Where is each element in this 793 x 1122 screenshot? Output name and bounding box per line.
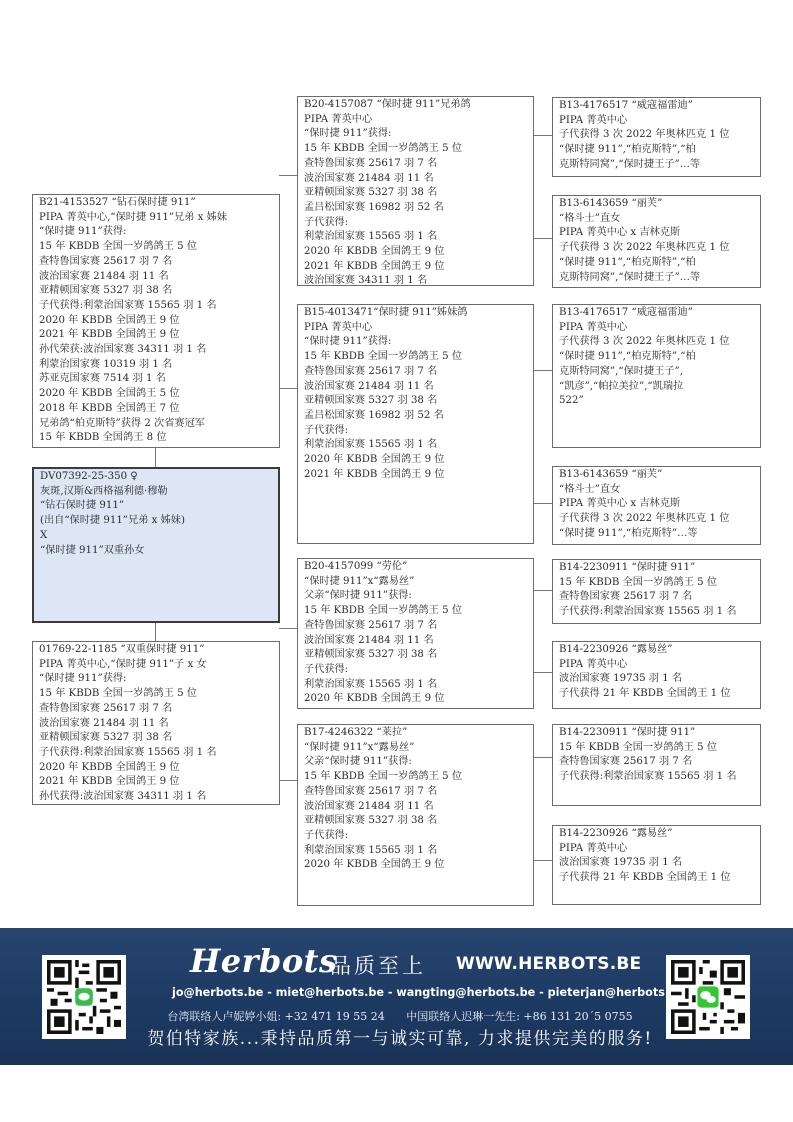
pedigree-line: (出自“保时捷 911”兄弟 x 姊妹) xyxy=(40,514,278,529)
pedigree-line: 15 年 KBDB 全国一岁鸽鸽王 5 位 xyxy=(559,576,760,591)
pedigree-line: 亚精顿国家赛 5327 羽 38 名 xyxy=(304,186,533,201)
pedigree-grandparent-card: B15-4013471“保时捷 911”姊妹鸽 PIPA 菁英中心 “保时捷 9… xyxy=(297,304,534,544)
pedigree-line: 子代获得 3 次 2022 年奥林匹克 1 位 xyxy=(559,512,760,527)
pedigree-line: 孟吕松国家赛 16982 羽 52 名 xyxy=(304,201,533,216)
pedigree-line: 查特鲁国家赛 25617 羽 7 名 xyxy=(304,157,533,172)
herbots-logo: Herbots xyxy=(190,942,337,980)
pedigree-line: 查特鲁国家赛 25617 羽 7 名 xyxy=(304,365,533,380)
pedigree-line: 利蒙治国家赛 15565 羽 1 名 xyxy=(304,438,533,453)
connector-line xyxy=(279,628,297,629)
pedigree-line: PIPA 菁英中心 xyxy=(304,321,533,336)
pedigree-line: PIPA 菁英中心,“保时捷 911”兄弟 x 姊妹 xyxy=(39,211,279,226)
ring-number: B14-2230911 “保时捷 911” xyxy=(559,561,760,576)
connector-line xyxy=(533,860,553,861)
pedigree-line: 子代获得:利蒙治国家赛 15565 羽 1 名 xyxy=(559,605,760,620)
pedigree-line: 15 年 KBDB 全国一岁鸽鸽王 5 位 xyxy=(304,604,533,619)
pedigree-line: 兄弟鸽“柏克斯特”获得 2 次省赛冠军 xyxy=(39,417,279,432)
pedigree-line: PIPA 菁英中心 xyxy=(559,658,760,673)
pedigree-line: 亚精顿国家赛 5327 羽 38 名 xyxy=(39,284,279,299)
pedigree-great-grandparent-card: B13-6143659 “丽芙” “格斗士”直女 PIPA 菁英中心 x 吉林克… xyxy=(552,466,761,545)
ring-number: DV07392-25-350 ♀ xyxy=(40,470,278,485)
pedigree-line: 孟吕松国家赛 16982 羽 52 名 xyxy=(304,409,533,424)
pedigree-line: 克斯特同窝”,“保时捷王子”, xyxy=(559,365,760,380)
pedigree-line: “保时捷 911”,“柏克斯特”,“柏 xyxy=(559,256,760,271)
pedigree-grandparent-card: B17-4246322 “莱拉” “保时捷 911”x“露易丝” 父亲“保时捷 … xyxy=(297,724,534,906)
pedigree-line: 波治国家赛 19735 羽 1 名 xyxy=(559,856,760,871)
pedigree-line: PIPA 菁英中心,“保时捷 911”子 x 女 xyxy=(39,658,279,673)
pedigree-line: 2020 年 KBDB 全国鸽王 5 位 xyxy=(39,387,279,402)
ring-number: B14-2230926 “露易丝” xyxy=(559,827,760,842)
pedigree-line: PIPA 菁英中心 x 吉林克斯 xyxy=(559,497,760,512)
ring-number: B13-4176517 “威寇福雷迪” xyxy=(559,99,760,114)
contact-china: 中国联络人迟琳一先生: +86 131 20´5 0755 xyxy=(406,1010,632,1023)
motto: 贺伯特家族...秉持品质第一与诚实可靠, 力求提供完美的服务! xyxy=(140,1024,660,1049)
connector-line xyxy=(533,238,553,239)
line-qr-code[interactable] xyxy=(42,955,126,1039)
brand-row: Herbots 品质至上 WWW.HERBOTS.BE xyxy=(190,946,620,986)
pedigree-line: 子代获得: xyxy=(304,216,533,231)
pedigree-line: 子代获得: xyxy=(304,829,533,844)
pedigree-line: 利蒙治国家赛 15565 羽 1 名 xyxy=(304,678,533,693)
connector-line xyxy=(533,672,553,673)
pedigree-line: 孙代荣获:波治国家赛 34311 羽 1 名 xyxy=(39,343,279,358)
pedigree-line: 子代获得 3 次 2022 年奥林匹克 1 位 xyxy=(559,335,760,350)
pedigree-line: 波治国家赛 21484 羽 11 名 xyxy=(304,172,533,187)
pedigree-great-grandparent-card: B14-2230926 “露易丝” PIPA 菁英中心 波治国家赛 19735 … xyxy=(552,825,761,905)
pedigree-line: “钻石保时捷 911” xyxy=(40,499,278,514)
pedigree-line: 波治国家赛 19735 羽 1 名 xyxy=(559,672,760,687)
pedigree-line: 子代获得 21 年 KBDB 全国鸽王 1 位 xyxy=(559,687,760,702)
ring-number: B13-6143659 “丽芙” xyxy=(559,197,760,212)
connector-line xyxy=(155,622,156,642)
pedigree-line: “保时捷 911”获得: xyxy=(304,335,533,350)
pedigree-line: 查特鲁国家赛 25617 羽 7 名 xyxy=(39,702,279,717)
pedigree-line: 2018 年 KBDB 全国鸽王 7 位 xyxy=(39,402,279,417)
pedigree-line: 查特鲁国家赛 25617 羽 7 名 xyxy=(559,755,760,770)
connector-line xyxy=(279,175,297,176)
pedigree-line: 15 年 KBDB 全国一岁鸽鸽王 5 位 xyxy=(39,687,279,702)
slogan: 品质至上 xyxy=(330,950,426,980)
pedigree-line: PIPA 菁英中心 xyxy=(559,842,760,857)
pedigree-line: “保时捷 911”,“柏克斯特”,“柏 xyxy=(559,350,760,365)
pedigree-line: 查特鲁国家赛 25617 羽 7 名 xyxy=(304,785,533,800)
pedigree-line: PIPA 菁英中心 x 吉林克斯 xyxy=(559,226,760,241)
pedigree-line: 利蒙治国家赛 10319 羽 1 名 xyxy=(39,358,279,373)
pedigree-dam-card: 01769-22-1185 “双重保时捷 911” PIPA 菁英中心,“保时捷… xyxy=(32,641,280,805)
connector-line xyxy=(533,590,553,591)
pedigree-line: 2020 年 KBDB 全国鸽王 9 位 xyxy=(304,858,533,873)
pedigree-line: 克斯特同窝”,“保时捷王子”…等 xyxy=(559,271,760,286)
pedigree-line: “保时捷 911”x“露易丝” xyxy=(304,741,533,756)
pedigree-line: 2021 年 KBDB 全国鸽王 9 位 xyxy=(39,775,279,790)
pedigree-line: “凯彦”,“帕拉美拉”,“凯瑞拉 xyxy=(559,380,760,395)
pedigree-line: “保时捷 911”获得: xyxy=(39,225,279,240)
email-list[interactable]: jo@herbots.be - miet@herbots.be - wangti… xyxy=(172,986,632,999)
pedigree-grandparent-card: B20-4157087 “保时捷 911”兄弟鸽 PIPA 菁英中心 “保时捷 … xyxy=(297,96,534,286)
pedigree-line: 15 年 KBDB 全国一岁鸽鸽王 5 位 xyxy=(304,142,533,157)
ring-number: B20-4157087 “保时捷 911”兄弟鸽 xyxy=(304,98,533,113)
pedigree-line: 子代获得:利蒙治国家赛 15565 羽 1 名 xyxy=(559,770,760,785)
ring-number: B13-6143659 “丽芙” xyxy=(559,468,760,483)
pedigree-line: “保时捷 911”获得: xyxy=(304,127,533,142)
pedigree-line: 查特鲁国家赛 25617 羽 7 名 xyxy=(559,590,760,605)
pedigree-line: 2020 年 KBDB 全国鸽王 9 位 xyxy=(39,314,279,329)
ring-number: B17-4246322 “莱拉” xyxy=(304,726,533,741)
pedigree-great-grandparent-card: B13-4176517 “威寇福雷迪” PIPA 菁英中心 子代获得 3 次 2… xyxy=(552,97,761,177)
pedigree-line: 15 年 KBDB 全国一岁鸽鸽王 5 位 xyxy=(304,350,533,365)
contact-taiwan: 台湾联络人卢妮婷小姐: +32 471 19 55 24 xyxy=(167,1010,384,1023)
pedigree-line: 15 年 KBDB 全国鸽王 8 位 xyxy=(39,431,279,446)
pedigree-line: PIPA 菁英中心 xyxy=(559,114,760,129)
connector-line xyxy=(155,447,156,467)
pedigree-line: 2020 年 KBDB 全国鸽王 9 位 xyxy=(304,245,533,260)
pedigree-grandparent-card: B20-4157099 “劳伦” “保时捷 911”x“露易丝” 父亲“保时捷 … xyxy=(297,558,534,709)
pedigree-line: 亚精顿国家赛 5327 羽 38 名 xyxy=(304,648,533,663)
connector-line xyxy=(279,780,297,781)
ring-number: B13-4176517 “威寇福雷迪” xyxy=(559,306,760,321)
connector-line xyxy=(533,135,553,136)
ring-number: B20-4157099 “劳伦” xyxy=(304,560,533,575)
wechat-qr-code[interactable] xyxy=(666,955,750,1039)
ring-number: B15-4013471“保时捷 911”姊妹鸽 xyxy=(304,306,533,321)
pedigree-line: 波治国家赛 21484 羽 11 名 xyxy=(39,717,279,732)
pedigree-line: 波治国家赛 21484 羽 11 名 xyxy=(39,270,279,285)
pedigree-great-grandparent-card: B13-6143659 “丽芙” “格斗士”直女 PIPA 菁英中心 x 吉林克… xyxy=(552,195,761,288)
ring-number: 01769-22-1185 “双重保时捷 911” xyxy=(39,643,279,658)
website-link[interactable]: WWW.HERBOTS.BE xyxy=(456,954,641,974)
pedigree-line: 亚精顿国家赛 5327 羽 38 名 xyxy=(304,814,533,829)
pedigree-line: 波治国家赛 21484 羽 11 名 xyxy=(304,380,533,395)
pedigree-line: 2021 年 KBDB 全国鸽王 9 位 xyxy=(304,468,533,483)
connector-line xyxy=(533,757,553,758)
pedigree-line: 2020 年 KBDB 全国鸽王 9 位 xyxy=(39,761,279,776)
ring-number: B21-4153527 “钻石保时捷 911” xyxy=(39,196,279,211)
footer-banner: Herbots 品质至上 WWW.HERBOTS.BE jo@herbots.b… xyxy=(0,928,793,1065)
pedigree-line: 2020 年 KBDB 全国鸽王 9 位 xyxy=(304,453,533,468)
pedigree-line: “格斗士”直女 xyxy=(559,483,760,498)
pedigree-line: 利蒙治国家赛 15565 羽 1 名 xyxy=(304,230,533,245)
contact-row: 台湾联络人卢妮婷小姐: +32 471 19 55 24 中国联络人迟琳一先生:… xyxy=(145,1008,655,1024)
pedigree-line: 15 年 KBDB 全国一岁鸽鸽王 5 位 xyxy=(39,240,279,255)
pedigree-line: 查特鲁国家赛 25617 羽 7 名 xyxy=(39,255,279,270)
connector-line xyxy=(533,370,553,371)
pedigree-line: 孙代获得:波治国家赛 34311 羽 1 名 xyxy=(39,790,279,805)
pedigree-line: “保时捷 911”获得: xyxy=(39,672,279,687)
qr-code-icon xyxy=(47,960,121,1034)
pedigree-line: “格斗士”直女 xyxy=(559,212,760,227)
pedigree-line: 子代获得:利蒙治国家赛 15565 羽 1 名 xyxy=(39,746,279,761)
pedigree-line: 子代获得 3 次 2022 年奥林匹克 1 位 xyxy=(559,241,760,256)
pedigree-line: PIPA 菁英中心 xyxy=(304,113,533,128)
pedigree-line: 波治国家赛 21484 羽 11 名 xyxy=(304,800,533,815)
pedigree-line: 子代获得: xyxy=(304,663,533,678)
pedigree-line: “保时捷 911”,“柏克斯特”,“柏 xyxy=(559,143,760,158)
pedigree-subject-card: DV07392-25-350 ♀ 灰斑,汉斯&西格福利德·穆勒 “钻石保时捷 9… xyxy=(32,467,280,623)
pedigree-line: “保时捷 911”双重孙女 xyxy=(40,544,278,559)
pedigree-line: 子代获得:利蒙治国家赛 15565 羽 1 名 xyxy=(39,299,279,314)
pedigree-line: 父亲“保时捷 911”获得: xyxy=(304,755,533,770)
pedigree-great-grandparent-card: B14-2230911 “保时捷 911” 15 年 KBDB 全国一岁鸽鸽王 … xyxy=(552,559,761,624)
pedigree-line: 查特鲁国家赛 25617 羽 7 名 xyxy=(304,619,533,634)
pedigree-line: PIPA 菁英中心 xyxy=(559,321,760,336)
pedigree-great-grandparent-card: B13-4176517 “威寇福雷迪” PIPA 菁英中心 子代获得 3 次 2… xyxy=(552,304,761,448)
pedigree-line: 子代获得: xyxy=(304,424,533,439)
pedigree-sire-card: B21-4153527 “钻石保时捷 911” PIPA 菁英中心,“保时捷 9… xyxy=(32,194,280,448)
pedigree-great-grandparent-card: B14-2230911 “保时捷 911” 15 年 KBDB 全国一岁鸽鸽王 … xyxy=(552,724,761,806)
pedigree-line: 利蒙治国家赛 15565 羽 1 名 xyxy=(304,844,533,859)
pedigree-line: “保时捷 911”,“柏克斯特”…等 xyxy=(559,527,760,542)
pedigree-line: X xyxy=(40,529,278,544)
pedigree-line: 子代获得 3 次 2022 年奥林匹克 1 位 xyxy=(559,128,760,143)
pedigree-line: 亚精顿国家赛 5327 羽 38 名 xyxy=(39,731,279,746)
pedigree-line: 15 年 KBDB 全国一岁鸽鸽王 5 位 xyxy=(559,741,760,756)
pedigree-line: 2021 年 KBDB 全国鸽王 9 位 xyxy=(39,328,279,343)
connector-line xyxy=(533,503,553,504)
ring-number: B14-2230926 “露易丝” xyxy=(559,643,760,658)
pedigree-line: 15 年 KBDB 全国一岁鸽鸽王 5 位 xyxy=(304,770,533,785)
pedigree-line: 子代获得 21 年 KBDB 全国鸽王 1 位 xyxy=(559,871,760,886)
qr-code-icon xyxy=(671,960,745,1034)
pedigree-line: 父亲“保时捷 911”获得: xyxy=(304,589,533,604)
pedigree-line: 克斯特同窝”,“保时捷王子”…等 xyxy=(559,158,760,173)
pedigree-line: 波治国家赛 34311 羽 1 名 xyxy=(304,274,533,286)
pedigree-line: 2020 年 KBDB 全国鸽王 9 位 xyxy=(304,692,533,707)
pedigree-line: 苏亚克国家赛 7514 羽 1 名 xyxy=(39,372,279,387)
pedigree-line: 522” xyxy=(559,394,760,409)
pedigree-line: 2021 年 KBDB 全国鸽王 9 位 xyxy=(304,260,533,275)
pedigree-line: 灰斑,汉斯&西格福利德·穆勒 xyxy=(40,485,278,500)
pedigree-line: “保时捷 911”x“露易丝” xyxy=(304,575,533,590)
connector-line xyxy=(279,388,297,389)
ring-number: B14-2230911 “保时捷 911” xyxy=(559,726,760,741)
pedigree-line: 亚精顿国家赛 5327 羽 38 名 xyxy=(304,394,533,409)
pedigree-line: 波治国家赛 21484 羽 11 名 xyxy=(304,634,533,649)
pedigree-great-grandparent-card: B14-2230926 “露易丝” PIPA 菁英中心 波治国家赛 19735 … xyxy=(552,641,761,709)
